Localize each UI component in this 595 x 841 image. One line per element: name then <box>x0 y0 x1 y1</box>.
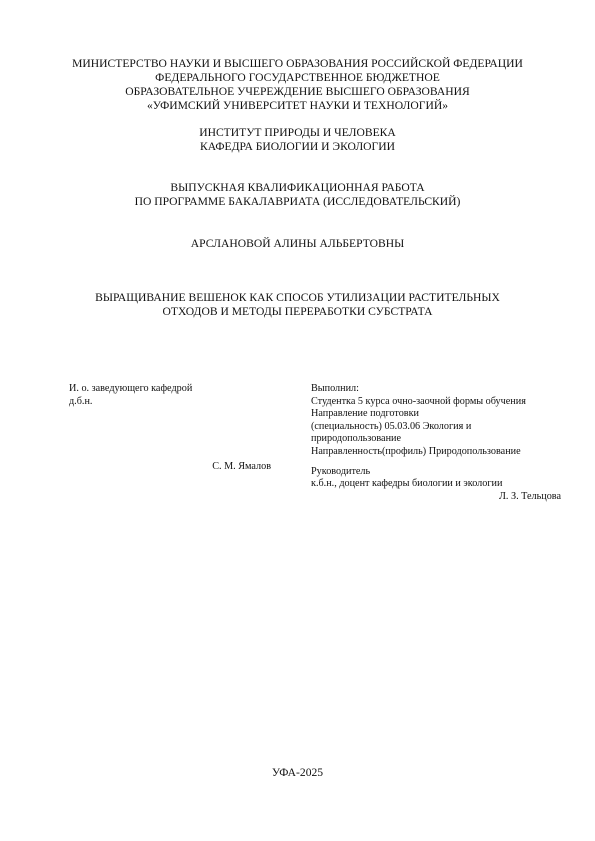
spacer <box>311 459 561 466</box>
head-of-department-block: И. о. заведующего кафедрой д.б.н. <box>69 383 192 408</box>
head-signature: С. М. Ямалов <box>0 461 271 474</box>
student-line: (специальность) 05.03.06 Экология и <box>311 421 561 434</box>
head-degree: д.б.н. <box>69 396 192 409</box>
student-line: природопользование <box>311 433 561 446</box>
supervisor-label: Руководитель <box>311 466 561 479</box>
completed-label: Выполнил: <box>311 383 561 396</box>
thesis-title-line: ОТХОДОВ И МЕТОДЫ ПЕРЕРАБОТКИ СУБСТРАТА <box>0 305 595 319</box>
student-line: Студентка 5 курса очно-заочной формы обу… <box>311 396 561 409</box>
city-year: УФА-2025 <box>0 766 595 780</box>
author-name: АРСЛАНОВОЙ АЛИНЫ АЛЬБЕРТОВНЫ <box>0 237 595 251</box>
head-position: И. о. заведующего кафедрой <box>69 383 192 396</box>
work-type-line: ПО ПРОГРАММЕ БАКАЛАВРИАТА (ИССЛЕДОВАТЕЛЬ… <box>0 195 595 209</box>
supervisor-name: Л. З. Тельцова <box>311 491 561 504</box>
thesis-title: ВЫРАЩИВАНИЕ ВЕШЕНОК КАК СПОСОБ УТИЛИЗАЦИ… <box>0 291 595 319</box>
institute-name: ИНСТИТУТ ПРИРОДЫ И ЧЕЛОВЕКА <box>0 126 595 140</box>
ministry-header: МИНИСТЕРСТВО НАУКИ И ВЫСШЕГО ОБРАЗОВАНИЯ… <box>0 57 595 113</box>
university-name: «УФИМСКИЙ УНИВЕРСИТЕТ НАУКИ И ТЕХНОЛОГИЙ… <box>0 99 595 113</box>
institute-header: ИНСТИТУТ ПРИРОДЫ И ЧЕЛОВЕКА КАФЕДРА БИОЛ… <box>0 126 595 154</box>
ministry-line: ФЕДЕРАЛЬНОГО ГОСУДАРСТВЕННОЕ БЮДЖЕТНОЕ <box>0 71 595 85</box>
student-line: Направление подготовки <box>311 408 561 421</box>
city-year-text: УФА-2025 <box>0 766 595 780</box>
student-line: Направленность(профиль) Природопользован… <box>311 446 561 459</box>
department-name: КАФЕДРА БИОЛОГИИ И ЭКОЛОГИИ <box>0 140 595 154</box>
work-type-line: ВЫПУСКНАЯ КВАЛИФИКАЦИОННАЯ РАБОТА <box>0 181 595 195</box>
work-type: ВЫПУСКНАЯ КВАЛИФИКАЦИОННАЯ РАБОТА ПО ПРО… <box>0 181 595 209</box>
author-name-text: АРСЛАНОВОЙ АЛИНЫ АЛЬБЕРТОВНЫ <box>0 237 595 251</box>
ministry-line: ОБРАЗОВАТЕЛЬНОЕ УЧЕРЕЖДЕНИЕ ВЫСШЕГО ОБРА… <box>0 85 595 99</box>
student-block: Выполнил: Студентка 5 курса очно-заочной… <box>311 383 561 503</box>
head-name: С. М. Ямалов <box>0 461 271 474</box>
supervisor-title: к.б.н., доцент кафедры биологии и эколог… <box>311 478 561 491</box>
ministry-line: МИНИСТЕРСТВО НАУКИ И ВЫСШЕГО ОБРАЗОВАНИЯ… <box>0 57 595 71</box>
thesis-title-line: ВЫРАЩИВАНИЕ ВЕШЕНОК КАК СПОСОБ УТИЛИЗАЦИ… <box>0 291 595 305</box>
